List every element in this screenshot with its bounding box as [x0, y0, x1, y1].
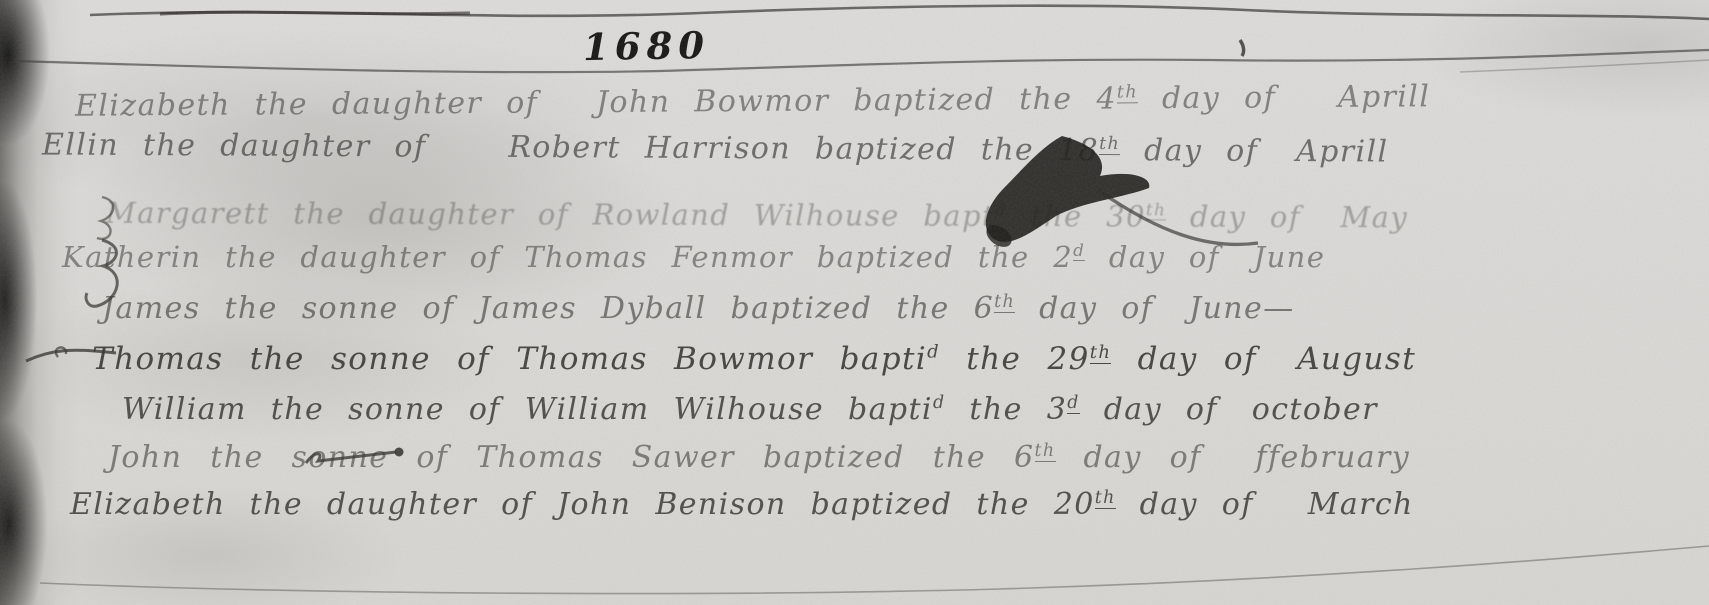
entry-article: the	[976, 487, 1029, 522]
entry-relation: the sonne of	[224, 291, 454, 326]
entry-month: october	[1252, 392, 1378, 427]
entry-parent: Robert Harrison	[508, 130, 791, 166]
entry-relation: the daughter of	[293, 196, 569, 231]
baptism-entry: Elizabeth the daughter of John Bowmor ba…	[75, 79, 1431, 123]
entry-verb-sup: d	[995, 199, 1007, 219]
entry-ordinal: th	[1146, 200, 1166, 221]
entry-ordinal: d	[1067, 393, 1080, 414]
entry-month: August	[1297, 341, 1416, 377]
entry-dayof: day of	[1138, 341, 1257, 377]
entry-parent: John Benison	[557, 487, 787, 522]
entry-name: Margarett	[106, 196, 270, 231]
baptism-entry: John the sonne of Thomas Sawer baptized …	[108, 440, 1410, 475]
entry-verb-sup: d	[933, 393, 946, 413]
entry-month: March	[1308, 487, 1414, 522]
entry-ordinal: th	[1090, 342, 1112, 364]
entry-parent: Thomas Fenmor	[524, 240, 793, 274]
entry-month: Aprill	[1338, 79, 1431, 115]
entry-article: the	[933, 440, 986, 475]
entry-article: the	[1019, 82, 1073, 117]
entry-name: Thomas	[92, 341, 224, 377]
entry-relation: the daughter of	[250, 487, 533, 522]
entry-month: May	[1340, 200, 1408, 234]
entry-ordinal: th	[1099, 134, 1120, 155]
entry-article: the	[978, 240, 1030, 274]
entry-relation: the sonne of	[250, 341, 490, 377]
entry-day: 3	[1047, 392, 1068, 427]
entry-verb-sup: d	[927, 342, 940, 363]
entry-day: 6	[974, 291, 995, 326]
entry-day: 6	[1014, 440, 1035, 475]
entry-article: the	[1031, 199, 1083, 233]
entry-relation: the sonne of	[271, 392, 501, 427]
entry-ordinal: th	[1095, 488, 1116, 509]
entry-month: ffebruary	[1256, 440, 1411, 475]
baptism-entry: Ellin the daughter of Robert Harrison ba…	[42, 127, 1389, 169]
entry-parent: John Bowmor	[596, 83, 830, 120]
entry-day: 29	[1048, 341, 1090, 377]
entry-name: James	[102, 291, 201, 326]
year-heading: 1680	[583, 23, 711, 69]
baptism-entry: William the sonne of William Wilhouse ba…	[122, 392, 1378, 427]
entry-day: 18	[1058, 133, 1099, 168]
entry-verb: baptized	[853, 82, 995, 118]
entry-name: Ellin	[42, 127, 119, 162]
baptism-entry: Margarett the daughter of Rowland Wilhou…	[106, 196, 1408, 235]
entry-parent: James Dyball	[478, 291, 706, 326]
entry-month: June	[1189, 291, 1263, 326]
entry-verb: bapti	[840, 341, 928, 377]
entry-parent: William Wilhouse	[525, 392, 824, 427]
entry-verb: bapt	[923, 199, 995, 233]
entry-dayof: day of	[1162, 80, 1276, 116]
entry-relation: the sonne of	[210, 440, 448, 475]
entry-name: William	[122, 392, 247, 427]
baptism-entry: Elizabeth the daughter of John Benison b…	[70, 487, 1414, 522]
entry-month: Aprill	[1296, 134, 1389, 169]
entry-name: Elizabeth	[75, 88, 231, 124]
entry-article: the	[981, 132, 1035, 167]
entry-day: 2	[1053, 240, 1073, 274]
entry-ordinal: th	[1035, 441, 1056, 462]
entry-parent: Rowland Wilhouse	[592, 197, 899, 232]
entry-dayof: day of	[1083, 440, 1201, 475]
entry-name: Elizabeth	[70, 487, 226, 522]
entry-parent: Thomas Sawer	[476, 440, 735, 475]
entry-day: 30	[1106, 199, 1146, 233]
entry-verb: baptized	[731, 291, 873, 326]
entry-parent: Thomas Bowmor	[516, 341, 813, 377]
entry-dayof: day of	[1190, 200, 1301, 234]
entry-day: 20	[1054, 487, 1095, 522]
entry-ordinal: d	[1073, 240, 1085, 261]
entry-article: the	[969, 392, 1022, 427]
baptism-entry: Katherin the daughter of Thomas Fenmor b…	[62, 240, 1325, 274]
entry-verb: baptized	[817, 240, 955, 274]
baptism-entry: James the sonne of James Dyball baptized…	[102, 291, 1295, 326]
entry-dayof: day of	[1140, 487, 1254, 522]
entry-relation: the daughter of	[255, 85, 539, 122]
entry-relation: the daughter of	[225, 240, 501, 274]
entry-name: John	[108, 440, 182, 475]
entry-name: Katherin	[62, 240, 201, 274]
entry-verb: baptized	[811, 487, 953, 522]
entry-dayof: day of	[1039, 291, 1153, 326]
entry-article: the	[896, 291, 949, 326]
entry-verb: bapti	[848, 392, 933, 427]
entry-verb: baptized	[763, 440, 905, 475]
entry-verb: baptized	[815, 132, 957, 168]
entry-dayof: day of	[1144, 133, 1258, 169]
register-page: 1680 Elizabeth the daughter of John Bowm…	[0, 0, 1709, 605]
entry-ordinal: th	[1117, 82, 1138, 103]
entry-dayof: day of	[1104, 392, 1218, 427]
entry-tail: —	[1263, 291, 1294, 326]
baptism-entry: Thomas the sonne of Thomas Bowmor baptid…	[92, 341, 1416, 377]
entry-dayof: day of	[1109, 240, 1220, 274]
entry-day: 4	[1096, 81, 1117, 116]
entry-ordinal: th	[994, 292, 1015, 313]
entry-relation: the daughter of	[143, 128, 427, 164]
entry-month: June	[1254, 240, 1326, 274]
entry-article: the	[966, 341, 1021, 377]
